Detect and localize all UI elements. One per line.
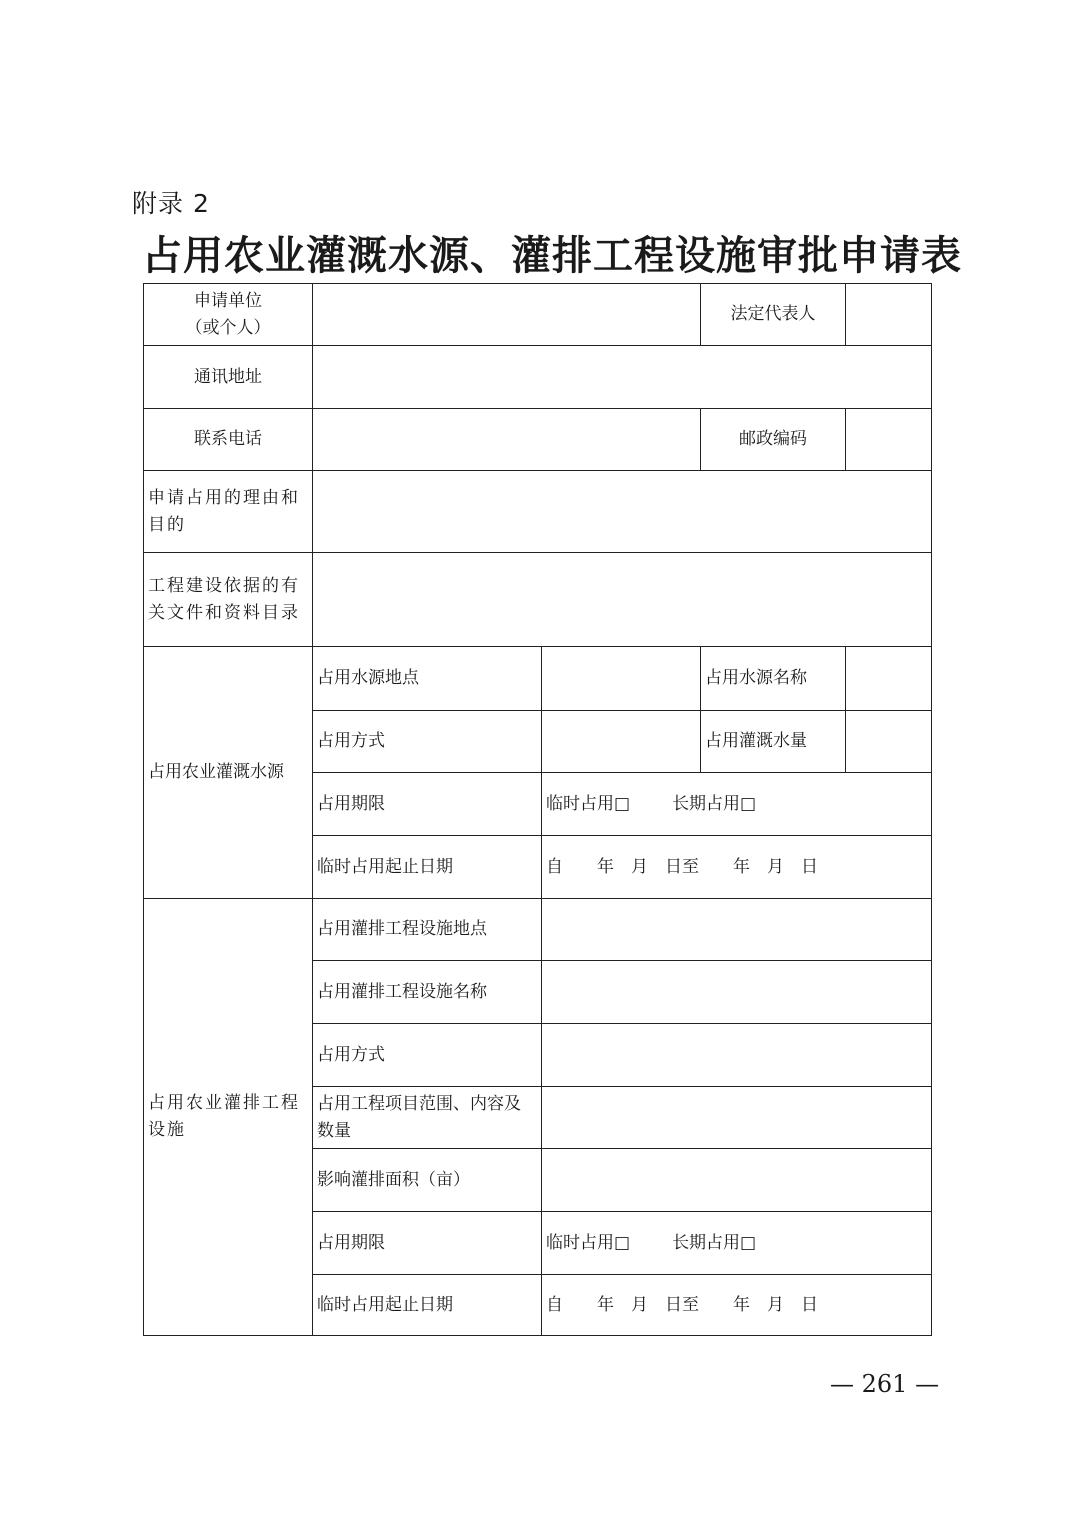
documents-label: 工程建设依据的有关文件和资料目录 — [144, 553, 313, 647]
phone-row: 联系电话 邮政编码 — [144, 409, 932, 471]
water-term-long-checkbox[interactable]: 长期占用□ — [672, 794, 756, 814]
facility-scope-field[interactable] — [542, 1087, 932, 1149]
page-number: — 261 — — [830, 1370, 939, 1398]
water-volume-field[interactable] — [846, 711, 932, 773]
phone-field[interactable] — [313, 409, 701, 471]
water-term-options: 临时占用□长期占用□ — [542, 773, 932, 836]
facility-name-label: 占用灌排工程设施名称 — [313, 961, 542, 1024]
facility-term-options: 临时占用□长期占用□ — [542, 1212, 932, 1275]
facility-section-label: 占用农业灌排工程设施 — [144, 899, 313, 1336]
facility-area-field[interactable] — [542, 1149, 932, 1212]
applicant-field[interactable] — [313, 284, 701, 346]
water-location-field[interactable] — [542, 647, 701, 711]
applicant-row: 申请单位 （或个人） 法定代表人 — [144, 284, 932, 346]
address-field[interactable] — [313, 346, 932, 409]
water-location-row: 占用农业灌溉水源 占用水源地点 占用水源名称 — [144, 647, 932, 711]
water-volume-label: 占用灌溉水量 — [701, 711, 846, 773]
phone-label: 联系电话 — [144, 409, 313, 471]
applicant-label: 申请单位 （或个人） — [144, 284, 313, 346]
facility-term-temporary-checkbox[interactable]: 临时占用□ — [546, 1233, 630, 1253]
facility-term-label: 占用期限 — [313, 1212, 542, 1275]
reason-field[interactable] — [313, 471, 932, 553]
documents-row: 工程建设依据的有关文件和资料目录 — [144, 553, 932, 647]
facility-area-label: 影响灌排面积（亩） — [313, 1149, 542, 1212]
facility-method-field[interactable] — [542, 1024, 932, 1087]
reason-label: 申请占用的理由和目的 — [144, 471, 313, 553]
water-location-label: 占用水源地点 — [313, 647, 542, 711]
address-label: 通讯地址 — [144, 346, 313, 409]
facility-term-long-checkbox[interactable]: 长期占用□ — [672, 1233, 756, 1253]
facility-dates-label: 临时占用起止日期 — [313, 1275, 542, 1336]
postcode-label: 邮政编码 — [701, 409, 846, 471]
address-row: 通讯地址 — [144, 346, 932, 409]
facility-method-label: 占用方式 — [313, 1024, 542, 1087]
documents-field[interactable] — [313, 553, 932, 647]
water-source-section-label: 占用农业灌溉水源 — [144, 647, 313, 899]
application-form-table: 申请单位 （或个人） 法定代表人 通讯地址 联系电话 邮政编码 申请占用的理由和… — [143, 283, 932, 1336]
facility-dates-field[interactable]: 自 年 月 日至 年 月 日 — [542, 1275, 932, 1336]
water-dates-label: 临时占用起止日期 — [313, 836, 542, 899]
appendix-label: 附录 2 — [132, 184, 210, 220]
facility-location-label: 占用灌排工程设施地点 — [313, 899, 542, 961]
facility-location-row: 占用农业灌排工程设施 占用灌排工程设施地点 — [144, 899, 932, 961]
water-name-field[interactable] — [846, 647, 932, 711]
applicant-label-line1: 申请单位 — [148, 288, 308, 315]
legal-rep-label: 法定代表人 — [701, 284, 846, 346]
applicant-label-line2: （或个人） — [148, 315, 308, 342]
legal-rep-field[interactable] — [846, 284, 932, 346]
facility-location-field[interactable] — [542, 899, 932, 961]
water-dates-field[interactable]: 自 年 月 日至 年 月 日 — [542, 836, 932, 899]
water-term-temporary-checkbox[interactable]: 临时占用□ — [546, 794, 630, 814]
facility-scope-label: 占用工程项目范围、内容及数量 — [313, 1087, 542, 1149]
water-name-label: 占用水源名称 — [701, 647, 846, 711]
water-method-label: 占用方式 — [313, 711, 542, 773]
page-title: 占用农业灌溉水源、灌排工程设施审批申请表 — [142, 224, 962, 281]
postcode-field[interactable] — [846, 409, 932, 471]
facility-name-field[interactable] — [542, 961, 932, 1024]
water-term-label: 占用期限 — [313, 773, 542, 836]
reason-row: 申请占用的理由和目的 — [144, 471, 932, 553]
water-method-field[interactable] — [542, 711, 701, 773]
